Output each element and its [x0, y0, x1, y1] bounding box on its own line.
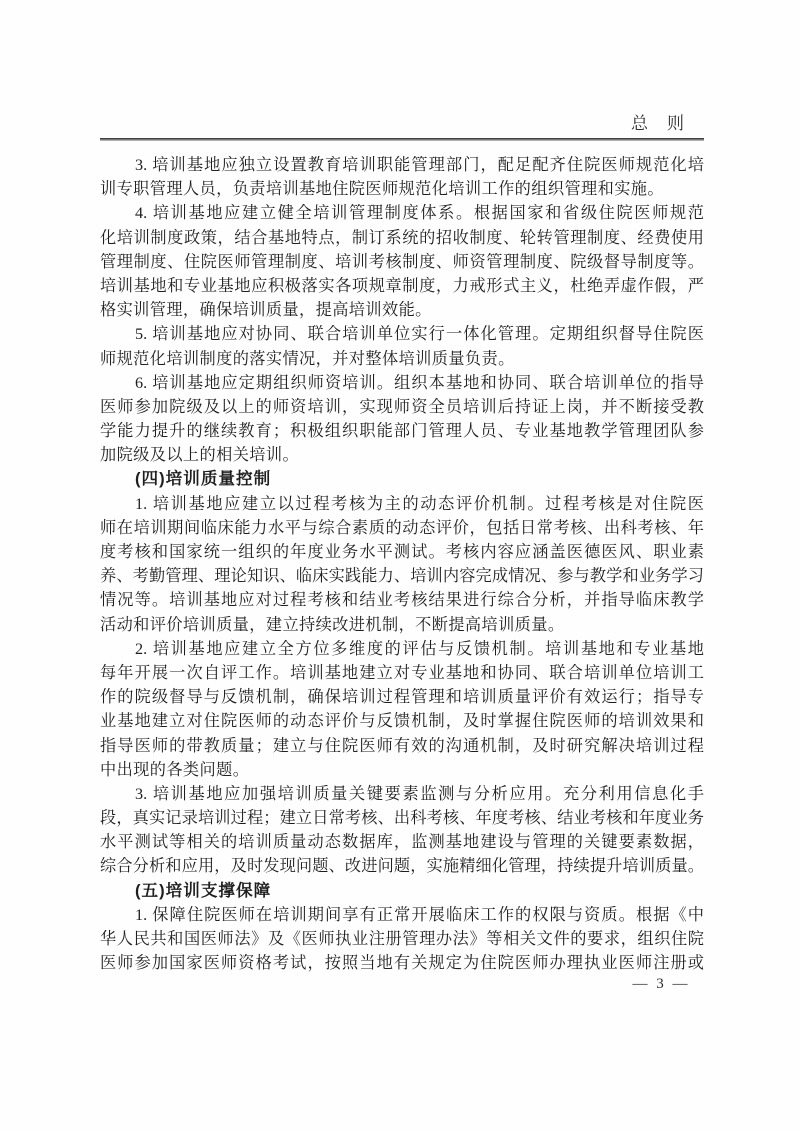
text-line: 医师参加国家医师资格考试，按照当地有关规定为住院医师办理执业医师注册或 [100, 951, 704, 975]
text-line: 养、考勤管理、理论知识、临床实践能力、培训内容完成情况、参与教学和业务学习 [100, 564, 704, 588]
text-line: 水平测试等相关的培训质量动态数据库，监测基地建设与管理的关键要素数据， [100, 830, 704, 854]
text-line: 1. 培训基地应建立以过程考核为主的动态评价机制。过程考核是对住院医 [100, 492, 704, 516]
text-line: 化培训制度政策，结合基地特点，制订系统的招收制度、轮转管理制度、经费使用 [100, 226, 704, 250]
section-heading: (五)培训支撑保障 [100, 879, 704, 903]
text-line: 5. 培训基地应对协同、联合培训单位实行一体化管理。定期组织督导住院医 [100, 322, 704, 346]
text-line: 6. 培训基地应定期组织师资培训。组织本基地和协同、联合培训单位的指导 [100, 371, 704, 395]
text-line: 作的院级督导与反馈机制，确保培训过程管理和培训质量评价有效运行；指导专 [100, 685, 704, 709]
text-line: 1. 保障住院医师在培训期间享有正常开展临床工作的权限与资质。根据《中 [100, 903, 704, 927]
text-line: 中出现的各类问题。 [100, 758, 704, 782]
text-line: 指导医师的带教质量；建立与住院医师有效的沟通机制，及时研究解决培训过程 [100, 734, 704, 758]
running-header-title: 总 则 [631, 109, 685, 134]
text-line: 活动和评价培训质量，建立持续改进机制，不断提高培训质量。 [100, 613, 704, 637]
text-line: 学能力提升的继续教育；积极组织职能部门管理人员、专业基地教学管理团队参 [100, 419, 704, 443]
section-heading: (四)培训质量控制 [100, 467, 704, 491]
document-page: 总 则 3. 培训基地应独立设置教育培训职能管理部门，配足配齐住院医师规范化培训… [0, 0, 800, 1131]
text-line: 3. 培训基地应加强培训质量关键要素监测与分析应用。充分利用信息化手 [100, 782, 704, 806]
text-line: 格实训管理，确保培训质量，提高培训效能。 [100, 298, 704, 322]
text-line: 2. 培训基地应建立全方位多维度的评估与反馈机制。培训基地和专业基地 [100, 637, 704, 661]
body-text: 3. 培训基地应独立设置教育培训职能管理部门，配足配齐住院医师规范化培训专职管理… [100, 153, 704, 975]
text-line: 度考核和国家统一组织的年度业务水平测试。考核内容应涵盖医德医风、职业素 [100, 540, 704, 564]
text-line: 训专职管理人员，负责培训基地住院医师规范化培训工作的组织管理和实施。 [100, 177, 704, 201]
text-line: 业基地建立对住院医师的动态评价与反馈机制，及时掌握住院医师的培训效果和 [100, 709, 704, 733]
header-rule [100, 138, 704, 141]
text-line: 医师参加院级及以上的师资培训，实现师资全员培训后持证上岗，并不断接受教 [100, 395, 704, 419]
text-line: 段，真实记录培训过程；建立日常考核、出科考核、年度考核、结业考核和年度业务 [100, 806, 704, 830]
text-line: 3. 培训基地应独立设置教育培训职能管理部门，配足配齐住院医师规范化培 [100, 153, 704, 177]
text-line: 情况等。培训基地应对过程考核和结业考核结果进行综合分析，并指导临床教学 [100, 588, 704, 612]
text-line: 每年开展一次自评工作。培训基地建立对专业基地和协同、联合培训单位培训工 [100, 661, 704, 685]
page-number: — 3 — [633, 976, 691, 993]
text-line: 培训基地和专业基地应积极落实各项规章制度，力戒形式主义，杜绝弄虚作假，严 [100, 274, 704, 298]
text-line: 管理制度、住院医师管理制度、培训考核制度、师资管理制度、院级督导制度等。 [100, 250, 704, 274]
text-line: 师规范化培训制度的落实情况，并对整体培训质量负责。 [100, 347, 704, 371]
text-line: 师在培训期间临床能力水平与综合素质的动态评价，包括日常考核、出科考核、年 [100, 516, 704, 540]
text-line: 4. 培训基地应建立健全培训管理制度体系。根据国家和省级住院医师规范 [100, 201, 704, 225]
text-line: 华人民共和国医师法》及《医师执业注册管理办法》等相关文件的要求，组织住院 [100, 927, 704, 951]
text-line: 综合分析和应用，及时发现问题、改进问题，实施精细化管理，持续提升培训质量。 [100, 854, 704, 878]
text-line: 加院级及以上的相关培训。 [100, 443, 704, 467]
